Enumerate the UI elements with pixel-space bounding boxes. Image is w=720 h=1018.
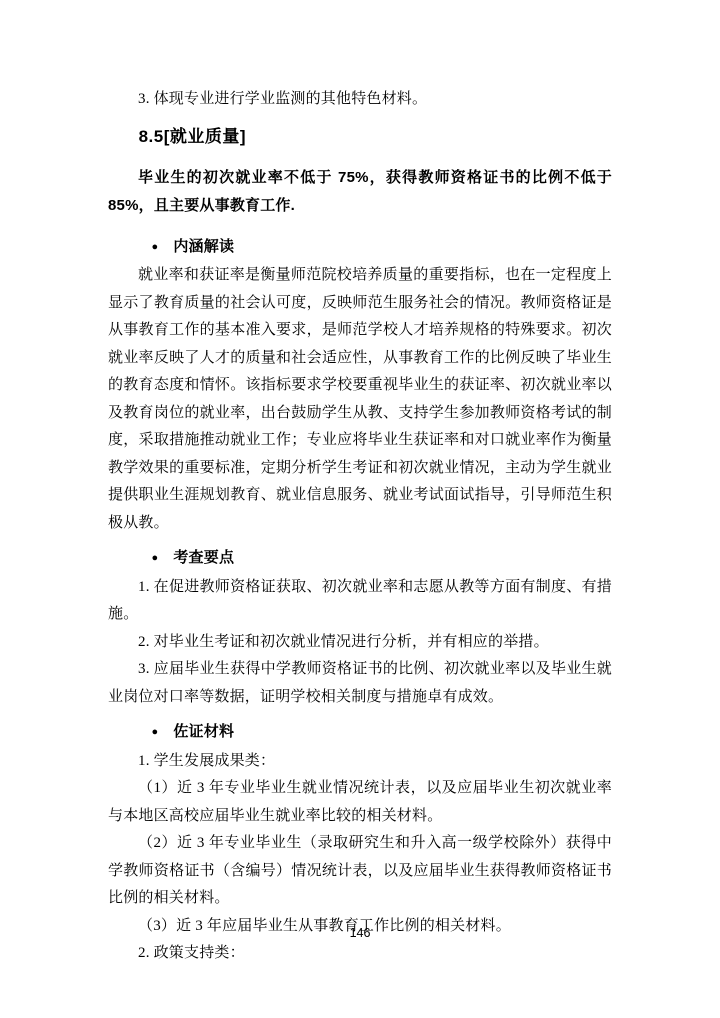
paragraph-review-point-3: 3. 应届毕业生获得中学教师资格证书的比例、初次就业率以及毕业生就业岗位对口率等… [108,656,612,711]
bullet-heading-label: 佐证材料 [173,723,234,740]
paragraph-review-point-1: 1. 在促进教师资格证获取、初次就业率和志愿从教等方面有制度、有措施。 [108,574,612,629]
bullet-heading-label: 考查要点 [173,549,234,566]
bullet-icon: ● [152,234,159,262]
document-page: 3. 体现专业进行学业监测的其他特色材料。 8.5[就业质量] 毕业生的初次就业… [0,0,720,1018]
section-heading-employment-quality: 8.5[就业质量] [108,124,612,150]
paragraph-interpretation: 就业率和获证率是衡量师范院校培养质量的重要指标，也在一定程度上显示了教育质量的社… [108,262,612,537]
bullet-icon: ● [152,719,159,747]
paragraph-student-outcomes-category: 1. 学生发展成果类： [108,748,612,776]
standard-statement: 毕业生的初次就业率不低于 75%，获得教师资格证书的比例不低于 85%，且主要从… [108,164,612,220]
paragraph-material-2: （2）近 3 年专业毕业生（录取研究生和升入高一级学校除外）获得中学教师资格证书… [108,830,612,913]
bullet-heading-review-points: ●考查要点 [108,544,612,573]
list-item-other-materials: 3. 体现专业进行学业监测的其他特色材料。 [108,86,612,114]
page-number: 146 [0,924,720,942]
paragraph-review-point-2: 2. 对毕业生考证和初次就业情况进行分析，并有相应的举措。 [108,629,612,657]
paragraph-policy-support-category: 2. 政策支持类： [108,940,612,968]
paragraph-material-1: （1）近 3 年专业毕业生就业情况统计表，以及应届毕业生初次就业率与本地区高校应… [108,775,612,830]
bullet-heading-label: 内涵解读 [173,238,234,255]
bullet-icon: ● [152,545,159,573]
bullet-heading-supporting-materials: ●佐证材料 [108,718,612,747]
bullet-heading-interpretation: ●内涵解读 [108,233,612,262]
